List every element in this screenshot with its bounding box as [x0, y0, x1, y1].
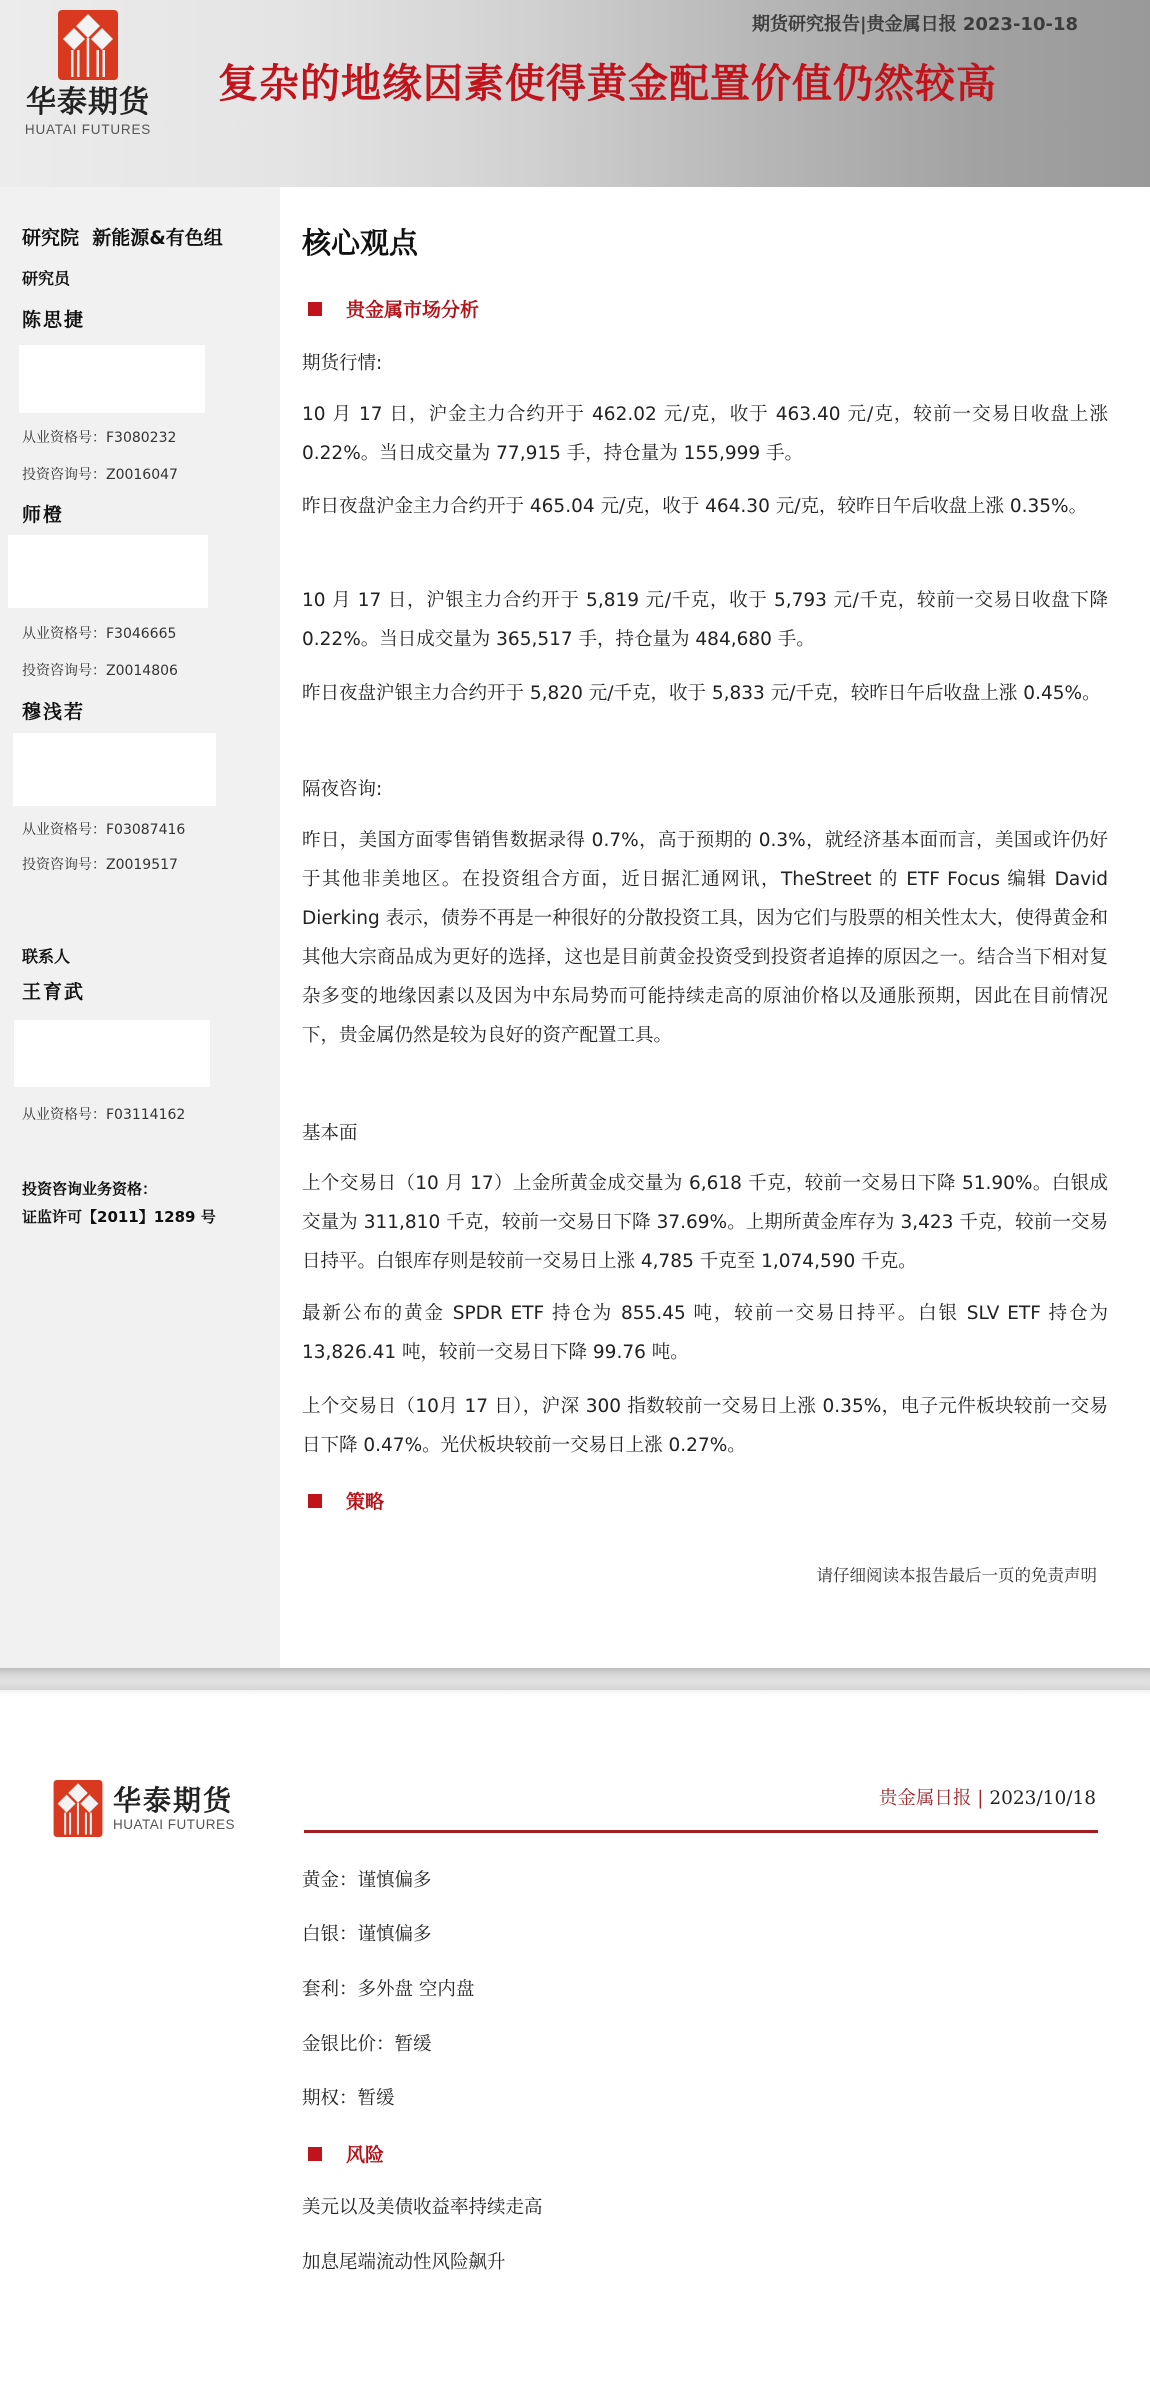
- page2-logo: 华泰期货 HUATAI FUTURES: [53, 1780, 235, 1837]
- page-break-shadow: [0, 1690, 1150, 1696]
- logo-chinese-name: 华泰期货: [18, 86, 158, 120]
- report-date: 2023/10/18: [989, 1788, 1096, 1809]
- company-logo: 华泰期货 HUATAI FUTURES: [18, 10, 158, 137]
- consult-number: 投资咨询号：Z0014806: [22, 660, 178, 680]
- license-number: 从业资格号：F03087416: [22, 819, 185, 839]
- contact-label: 联系人: [22, 944, 70, 967]
- report-header: 华泰期货 HUATAI FUTURES 期货研究报告|贵金属日报 2023-10…: [0, 0, 1150, 187]
- researcher-label: 研究员: [22, 266, 70, 289]
- qualification-title: 投资咨询业务资格：: [22, 1177, 157, 1201]
- researcher-name: 师橙: [22, 500, 64, 527]
- overnight-label: 隔夜咨询:: [302, 777, 1108, 803]
- license-number: 从业资格号：F3080232: [22, 427, 176, 447]
- core-view-heading: 核心观点: [302, 221, 418, 262]
- contact-photo-placeholder: [14, 1020, 210, 1087]
- disclaimer-note: 请仔细阅读本报告最后一页的免责声明: [817, 1562, 1098, 1586]
- researcher-name: 穆浅若: [22, 697, 85, 724]
- paragraph-equity-index: 上个交易日（10月 17 日），沪深 300 指数较前一交易日上涨 0.35%，…: [302, 1387, 1108, 1465]
- paragraph-gold-futures: 10 月 17 日，沪金主力合约开于 462.02 元/克，收于 463.40 …: [302, 395, 1108, 473]
- department-label: 研究院 新能源&有色组: [22, 223, 223, 250]
- logo-chinese-name: 华泰期货: [113, 1785, 235, 1817]
- contact-name: 王育武: [22, 977, 85, 1004]
- researcher-photo-placeholder: [13, 733, 216, 806]
- risk-item: 加息尾端流动性风险飙升: [302, 2248, 506, 2274]
- paragraph-gold-night: 昨日夜盘沪金主力合约开于 465.04 元/克，收于 464.30 元/克，较昨…: [302, 487, 1108, 526]
- huatai-logo-icon: [58, 10, 118, 80]
- license-number: 从业资格号：F03114162: [22, 1104, 185, 1124]
- qualification-license: 证监许可【2011】1289 号: [22, 1205, 216, 1229]
- strategy-silver: 白银：谨慎偏多: [302, 1920, 432, 1946]
- author-sidebar: 研究院 新能源&有色组 研究员 陈思捷 从业资格号：F3080232 投资咨询号…: [0, 187, 280, 1669]
- researcher-photo-placeholder: [19, 345, 205, 413]
- report-type: 贵金属日报 |: [879, 1788, 990, 1809]
- section-heading-market-analysis: 贵金属市场分析: [308, 295, 479, 322]
- section-heading-strategy: 策略: [308, 1487, 384, 1514]
- red-square-bullet-icon: [308, 302, 322, 316]
- paragraph-silver-night: 昨日夜盘沪银主力合约开于 5,820 元/千克，收于 5,833 元/千克，较昨…: [302, 674, 1108, 713]
- section-label: 策略: [346, 1487, 384, 1514]
- paragraph-silver-futures: 10 月 17 日，沪银主力合约开于 5,819 元/千克，收于 5,793 元…: [302, 581, 1108, 659]
- section-label: 贵金属市场分析: [346, 295, 479, 322]
- page2-running-header: 贵金属日报 | 2023/10/18: [879, 1784, 1096, 1810]
- red-square-bullet-icon: [308, 2147, 322, 2161]
- researcher-name: 陈思捷: [22, 305, 85, 332]
- main-content: 核心观点 贵金属市场分析 期货行情: 10 月 17 日，沪金主力合约开于 46…: [280, 187, 1150, 1669]
- consult-number: 投资咨询号：Z0019517: [22, 854, 178, 874]
- risk-item: 美元以及美债收益率持续走高: [302, 2193, 543, 2219]
- researcher-photo-placeholder: [8, 535, 208, 608]
- paragraph-etf-holdings: 最新公布的黄金 SPDR ETF 持仓为 855.45 吨，较前一交易日持平。白…: [302, 1294, 1108, 1372]
- logo-english-name: HUATAI FUTURES: [18, 122, 158, 137]
- huatai-logo-icon: [53, 1780, 103, 1837]
- strategy-gold-silver-ratio: 金银比价：暂缓: [302, 2030, 432, 2056]
- red-square-bullet-icon: [308, 1494, 322, 1508]
- strategy-arbitrage: 套利：多外盘 空内盘: [302, 1975, 474, 2001]
- report-type-date: 期货研究报告|贵金属日报 2023-10-18: [752, 10, 1078, 36]
- logo-english-name: HUATAI FUTURES: [113, 1817, 235, 1832]
- license-number: 从业资格号：F3046665: [22, 623, 176, 643]
- strategy-options: 期权：暂缓: [302, 2084, 395, 2110]
- section-heading-risk: 风险: [308, 2140, 384, 2167]
- section-label: 风险: [346, 2140, 384, 2167]
- paragraph-overnight: 昨日，美国方面零售销售数据录得 0.7%，高于预期的 0.3%，就经济基本面而言…: [302, 821, 1108, 1055]
- page-break-divider: [0, 1668, 1150, 1690]
- strategy-gold: 黄金：谨慎偏多: [302, 1866, 432, 1892]
- paragraph-exchange-volume: 上个交易日（10 月 17）上金所黄金成交量为 6,618 千克，较前一交易日下…: [302, 1164, 1108, 1281]
- futures-label: 期货行情:: [302, 351, 1108, 377]
- report-title: 复杂的地缘因素使得黄金配置价值仍然较高: [218, 52, 997, 109]
- fundamentals-label: 基本面: [302, 1121, 1108, 1147]
- header-rule-divider: [304, 1830, 1098, 1833]
- consult-number: 投资咨询号：Z0016047: [22, 464, 178, 484]
